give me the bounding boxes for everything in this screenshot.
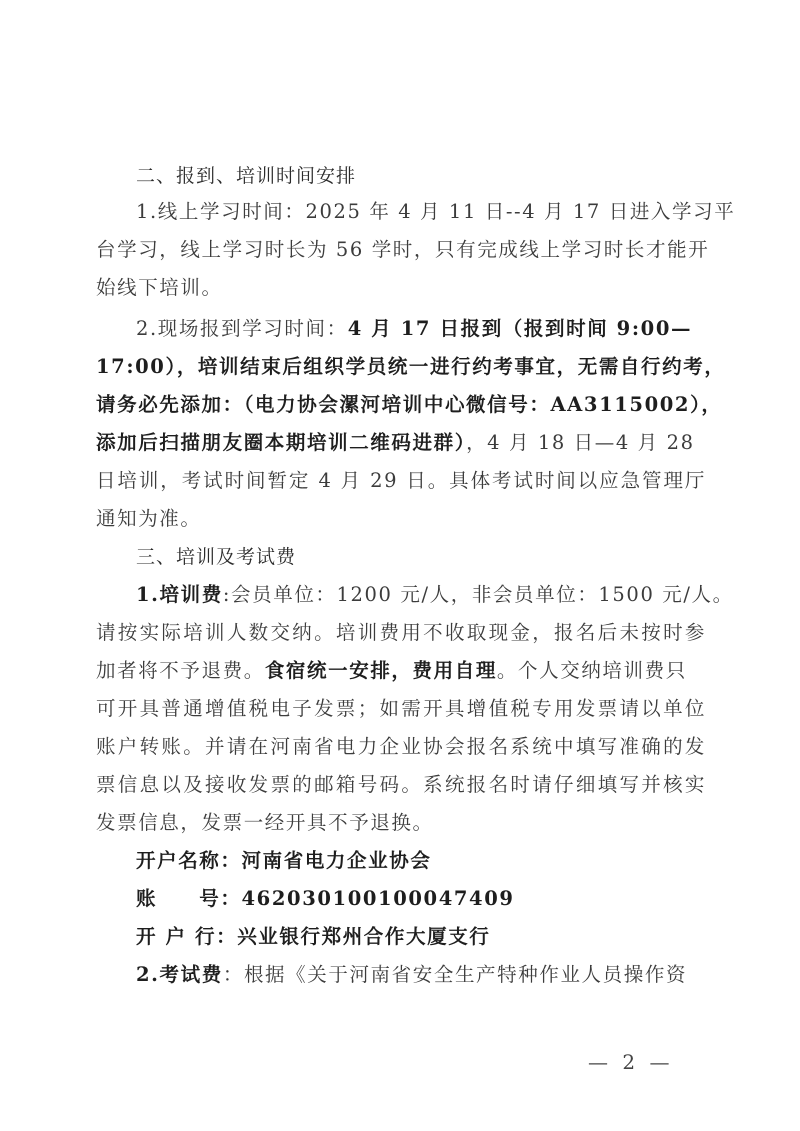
paragraph-line: 通知为准。 <box>96 503 706 535</box>
page-number: — 2 — <box>588 1050 673 1074</box>
paragraph-line: 添加后扫描朋友圈本期培训二维码进群），4 月 18 日—4 月 28 <box>96 427 706 459</box>
text-normal: ，4 月 18 日—4 月 28 <box>466 431 695 454</box>
bank-branch-label: 开 户 行： <box>136 925 237 948</box>
paragraph-line: 票信息以及接收发票的邮箱号码。系统报名时请仔细填写并核实 <box>96 769 706 801</box>
account-number-label: 账 号： <box>136 887 242 910</box>
text-normal: :会员单位：1200 元/人，非会员单位：1500 元/人。 <box>223 583 734 606</box>
document-page: 二、报到、培训时间安排 1.线上学习时间：2025 年 4 月 11 日--4 … <box>0 0 800 1131</box>
bank-account-name-row: 开户名称：河南省电力企业协会 <box>136 845 706 877</box>
bank-account-number-row: 账 号：462030100100047409 <box>136 883 706 915</box>
paragraph-line: 2.考试费：根据《关于河南省安全生产特种作业人员操作资 <box>136 959 706 991</box>
paragraph-line: 1.培训费:会员单位：1200 元/人，非会员单位：1500 元/人。 <box>136 579 706 611</box>
paragraph-line: 日培训，考试时间暂定 4 月 29 日。具体考试时间以应急管理厅 <box>96 465 706 497</box>
paragraph-line: 可开具普通增值税电子发票；如需开具增值税专用发票请以单位 <box>96 693 706 725</box>
text-normal: 。个人交纳培训费只 <box>497 659 687 682</box>
paragraph-line-bold: 17:00），培训结束后组织学员统一进行约考事宜，无需自行约考， <box>96 351 706 383</box>
exam-fee-label: 2.考试费 <box>136 963 223 986</box>
section-heading-registration-schedule: 二、报到、培训时间安排 <box>136 160 706 192</box>
text-bold: 添加后扫描朋友圈本期培训二维码进群） <box>96 431 466 454</box>
text-bold: 4 月 17 日报到（报到时间 9:00— <box>348 317 692 340</box>
paragraph-line: 加者将不予退费。食宿统一安排，费用自理。个人交纳培训费只 <box>96 655 706 687</box>
paragraph-line: 台学习，线上学习时长为 56 学时，只有完成线上学习时长才能开 <box>96 234 706 266</box>
paragraph-line: 发票信息，发票一经开具不予退换。 <box>96 807 706 839</box>
paragraph-line: 2.现场报到学习时间：4 月 17 日报到（报到时间 9:00— <box>136 313 706 345</box>
section-heading-fees: 三、培训及考试费 <box>136 541 706 573</box>
paragraph-line: 请按实际培训人数交纳。培训费用不收取现金，报名后未按时参 <box>96 617 706 649</box>
text-bold: 食宿统一安排，费用自理 <box>265 659 497 682</box>
bank-branch-value: 兴业银行郑州合作大厦支行 <box>237 925 490 948</box>
account-number-value: 462030100100047409 <box>242 887 515 910</box>
paragraph-line: 始线下培训。 <box>96 272 706 304</box>
bank-name-value: 河南省电力企业协会 <box>242 849 432 872</box>
paragraph-line-bold: 请务必先添加：（电力协会漯河培训中心微信号：AA3115002）， <box>96 389 706 421</box>
paragraph-line: 账户转账。并请在河南省电力企业协会报名系统中填写准确的发 <box>96 731 706 763</box>
text-normal: ：根据《关于河南省安全生产特种作业人员操作资 <box>223 963 687 986</box>
text-normal: 加者将不予退费。 <box>96 659 265 682</box>
training-fee-label: 1.培训费 <box>136 583 223 606</box>
paragraph-line: 1.线上学习时间：2025 年 4 月 11 日--4 月 17 日进入学习平 <box>136 196 706 228</box>
bank-name-label: 开户名称： <box>136 849 242 872</box>
bank-branch-row: 开 户 行：兴业银行郑州合作大厦支行 <box>136 921 706 953</box>
text-normal: 2.现场报到学习时间： <box>136 317 348 340</box>
